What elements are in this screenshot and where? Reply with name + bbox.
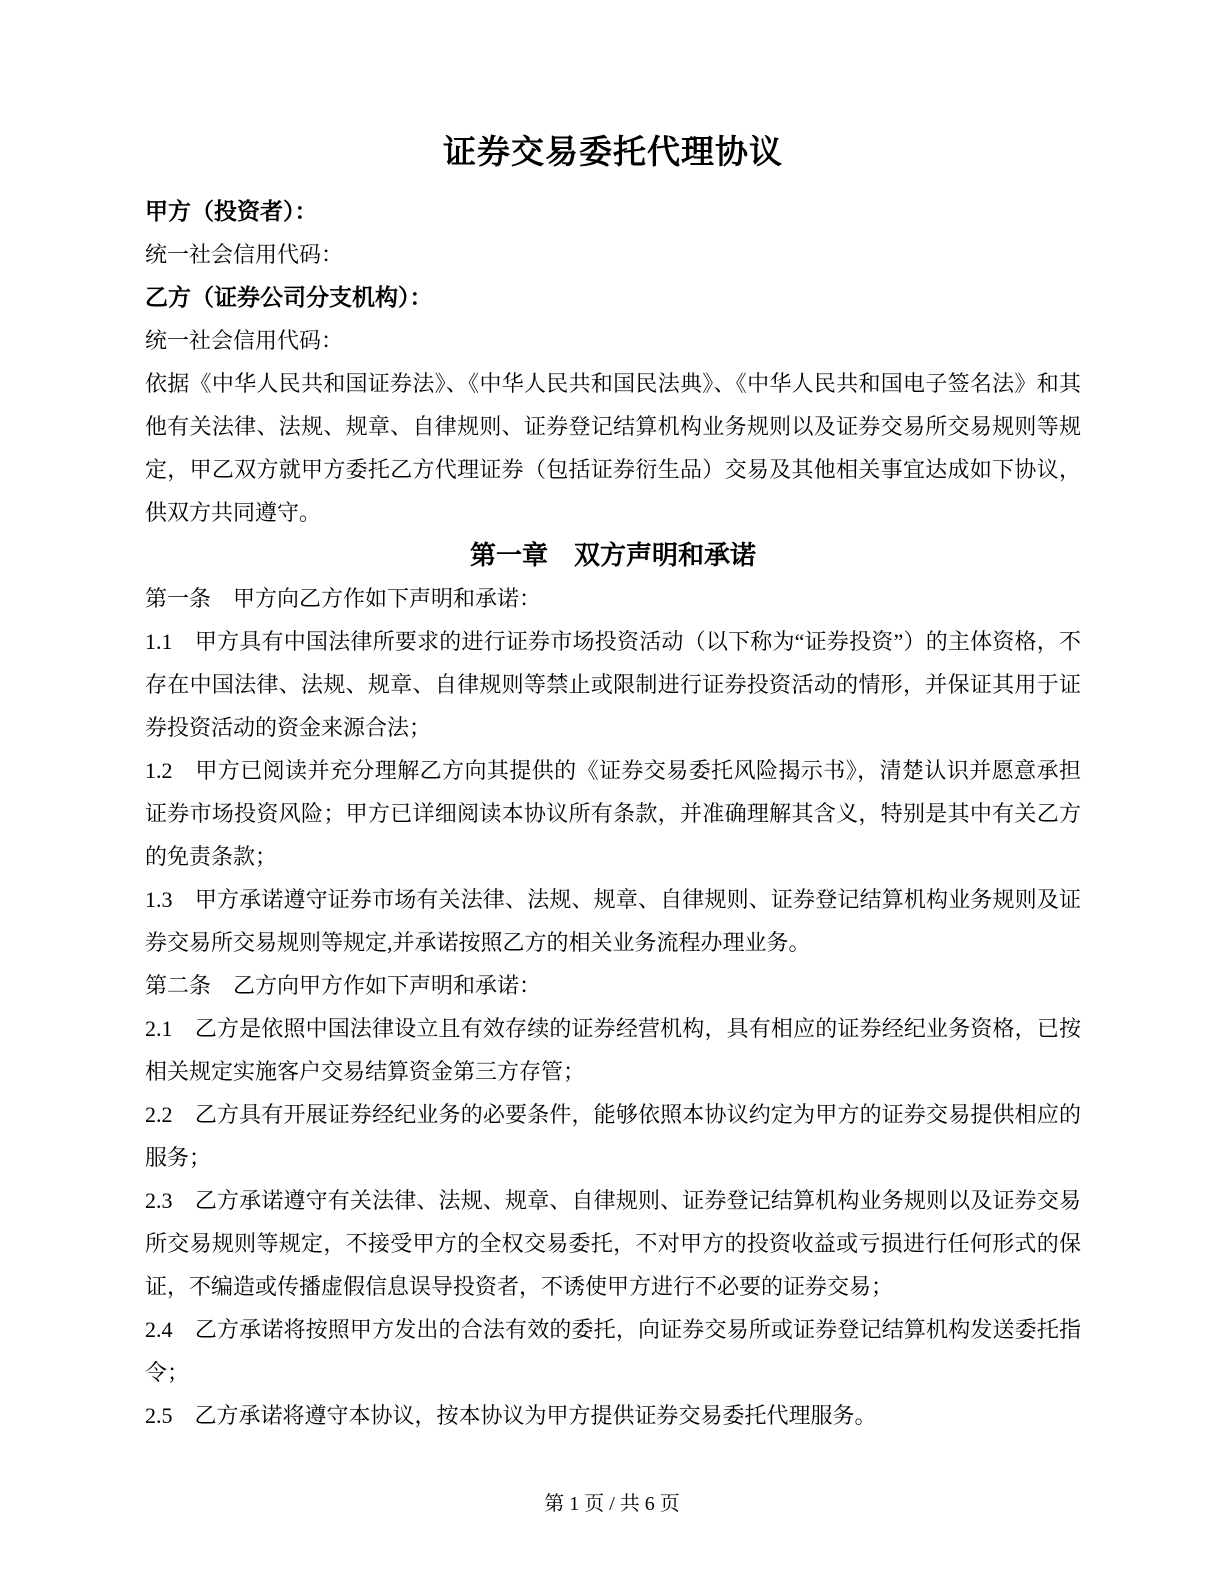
page-number-indicator: 第 1 页 / 共 6 页	[0, 1490, 1224, 1518]
clause-1-3: 1.3 甲方承诺遵守证券市场有关法律、法规、规章、自律规则、证券登记结算机构业务…	[145, 878, 1081, 964]
clause-1-1: 1.1 甲方具有中国法律所要求的进行证券市场投资活动（以下称为“证券投资”）的主…	[145, 620, 1081, 749]
clause-2-2: 2.2 乙方具有开展证券经纪业务的必要条件，能够依照本协议约定为甲方的证券交易提…	[145, 1093, 1081, 1179]
document-title: 证券交易委托代理协议	[145, 128, 1081, 176]
clause-1-2: 1.2 甲方已阅读并充分理解乙方向其提供的《证券交易委托风险揭示书》，清楚认识并…	[145, 749, 1081, 878]
party-a-credit-code-label: 统一社会信用代码：	[145, 233, 1081, 276]
clause-2-1: 2.1 乙方是依照中国法律设立且有效存续的证券经营机构，具有相应的证券经纪业务资…	[145, 1007, 1081, 1093]
clause-article-1: 第一条 甲方向乙方作如下声明和承诺：	[145, 577, 1081, 620]
party-a-label: 甲方（投资者）：	[145, 190, 1081, 233]
clause-2-5: 2.5 乙方承诺将遵守本协议，按本协议为甲方提供证券交易委托代理服务。	[145, 1394, 1081, 1437]
clause-article-2: 第二条 乙方向甲方作如下声明和承诺：	[145, 964, 1081, 1007]
document-page: 证券交易委托代理协议 甲方（投资者）： 统一社会信用代码： 乙方（证券公司分支机…	[0, 0, 1224, 1584]
clause-2-3: 2.3 乙方承诺遵守有关法律、法规、规章、自律规则、证券登记结算机构业务规则以及…	[145, 1179, 1081, 1308]
chapter-1-heading: 第一章 双方声明和承诺	[145, 534, 1081, 577]
clause-2-4: 2.4 乙方承诺将按照甲方发出的合法有效的委托，向证券交易所或证券登记结算机构发…	[145, 1308, 1081, 1394]
party-b-credit-code-label: 统一社会信用代码：	[145, 319, 1081, 362]
preamble-paragraph: 依据《中华人民共和国证券法》、《中华人民共和国民法典》、《中华人民共和国电子签名…	[145, 362, 1081, 534]
party-b-label: 乙方（证券公司分支机构）：	[145, 276, 1081, 319]
document-content: 证券交易委托代理协议 甲方（投资者）： 统一社会信用代码： 乙方（证券公司分支机…	[145, 128, 1081, 1437]
